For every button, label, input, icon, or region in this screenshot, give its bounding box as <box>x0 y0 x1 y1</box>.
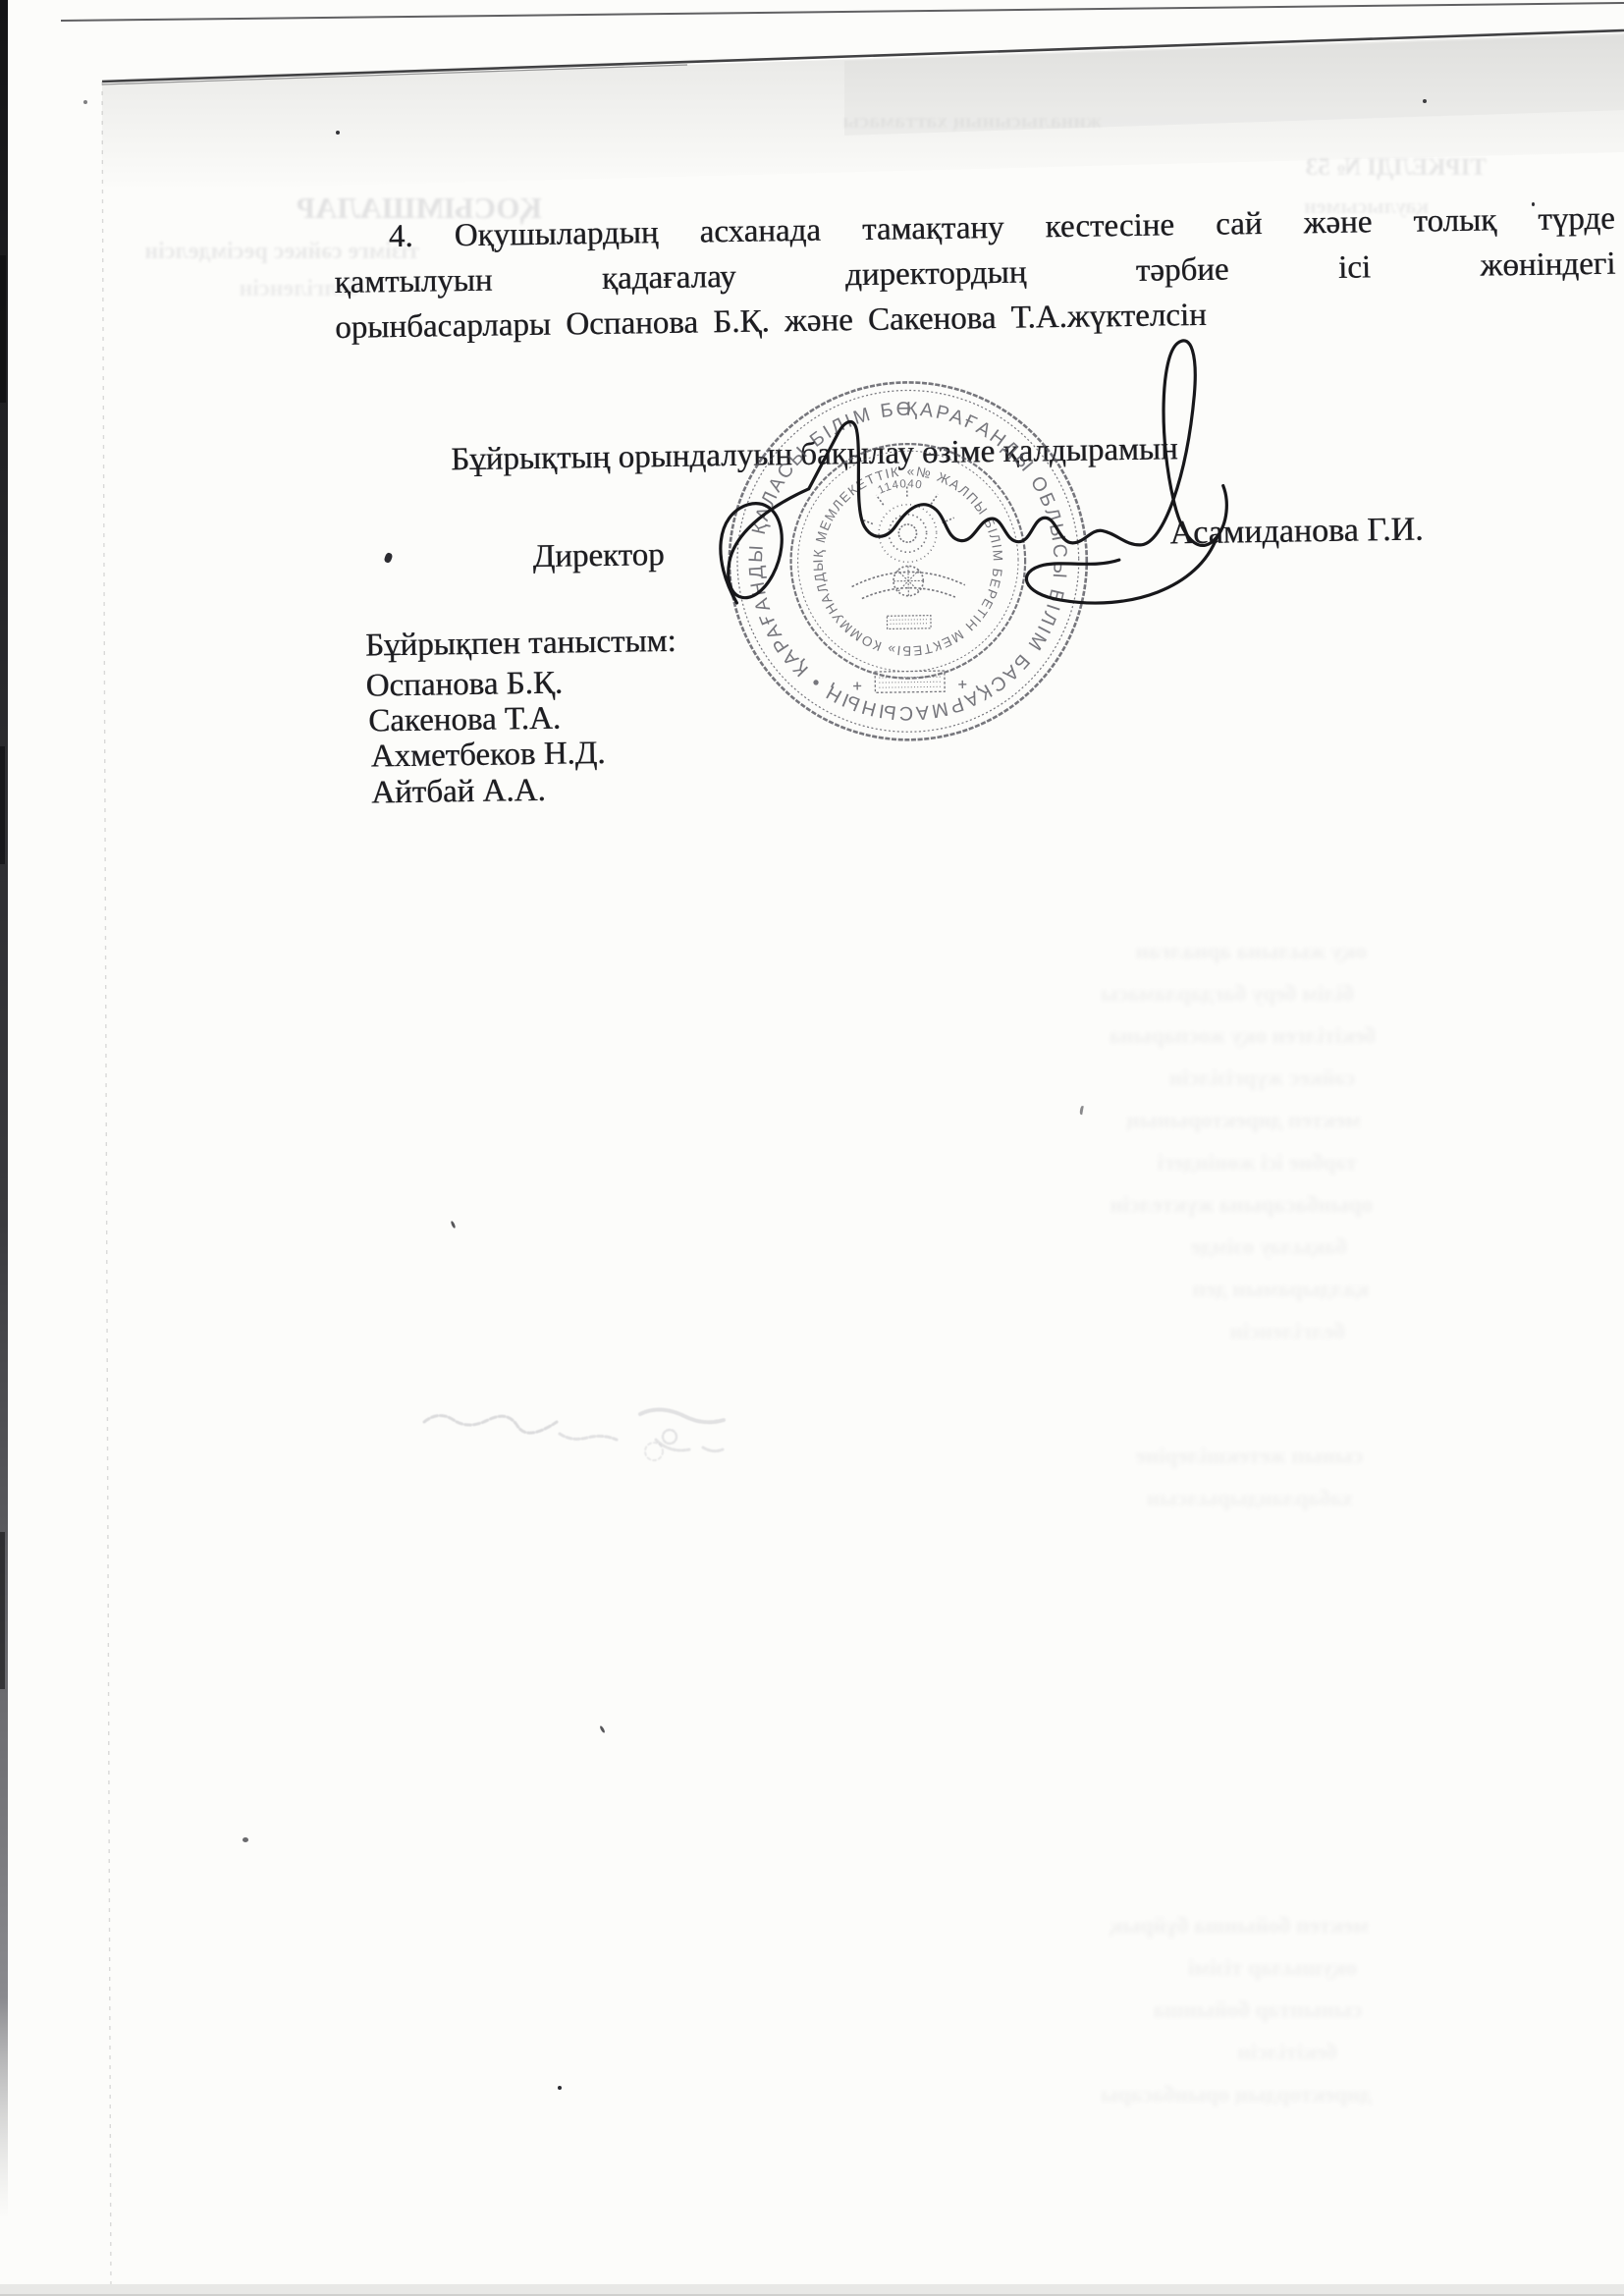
pencil-smudge <box>412 1393 746 1471</box>
stamp-bin-box <box>853 671 967 693</box>
acknowledged-person: Айтбай А.А. <box>371 773 546 812</box>
acknowledgement-heading: Бұйрықпен таныстым: <box>365 624 677 665</box>
ink-speck <box>692 2288 696 2292</box>
ink-speck <box>336 131 340 135</box>
ink-speck <box>1423 99 1427 103</box>
paragraph-4-line2: қамтылуын қадағалау директордың тәрбие і… <box>334 246 1615 301</box>
director-signature <box>678 301 1253 648</box>
ink-speck <box>1532 202 1535 206</box>
director-label: Директор <box>532 537 664 575</box>
ink-speck <box>83 100 87 104</box>
ink-speck <box>558 2086 562 2090</box>
acknowledged-person: Ахметбеков Н.Д. <box>370 736 605 776</box>
document-content: 4. Оқушылардың асханада тамақтану кестес… <box>0 0 1624 2296</box>
acknowledged-person: Сакенова Т.А. <box>368 701 561 740</box>
acknowledged-person: Оспанова Б.Қ. <box>365 666 563 705</box>
ink-speck <box>243 1837 248 1842</box>
scanned-document-page: ҚОСЫМШАЛАР тізімге сәйкес ресімделсін бе… <box>0 0 1624 2296</box>
